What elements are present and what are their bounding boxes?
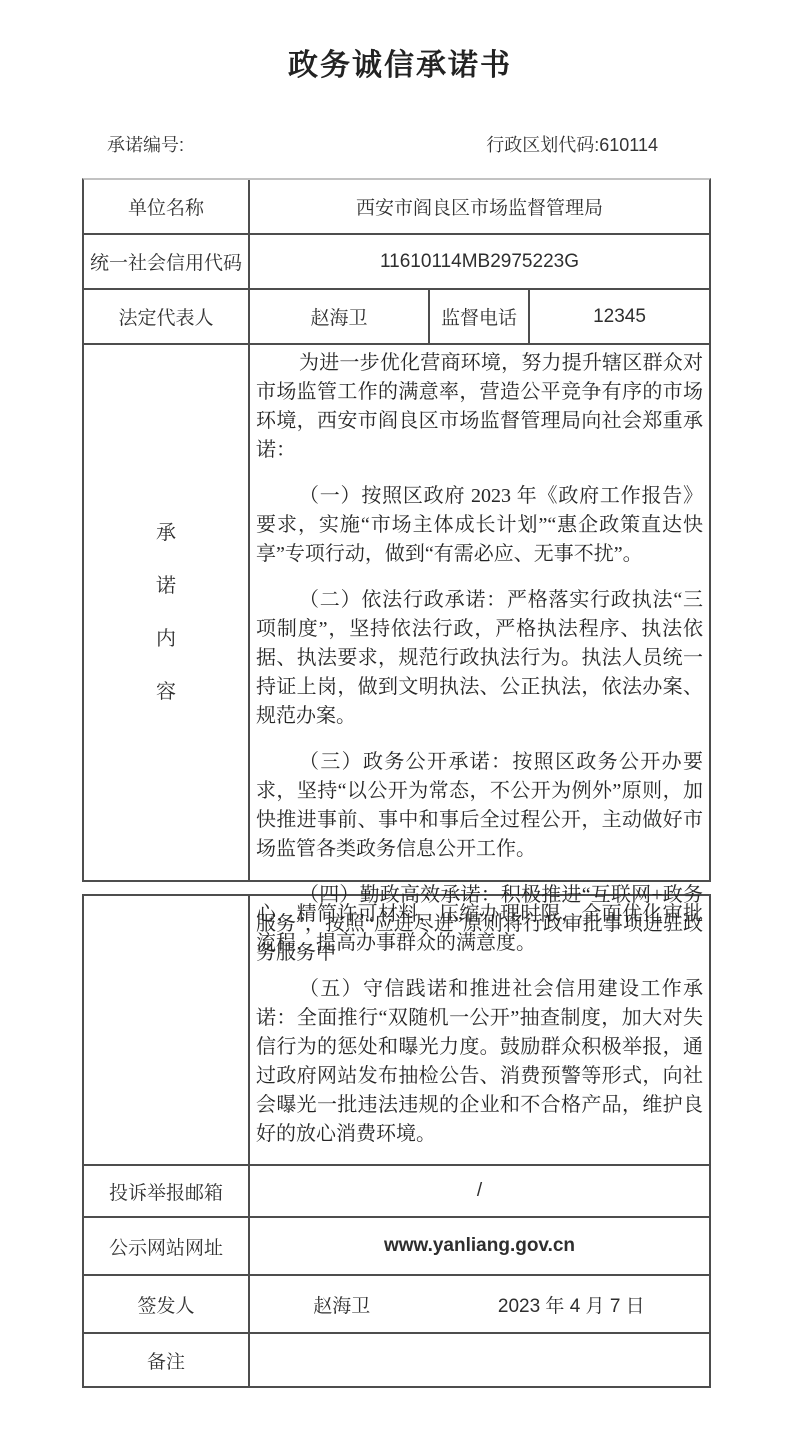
content-paragraph: 为进一步优化营商环境，努力提升辖区群众对市场监管工作的满意率，营造公平竞争有序的… (256, 349, 703, 465)
content-paragraph: 心，精简许可材料，压缩办理时限，全面优化审批流程，提高办事群众的满意度。 (256, 900, 703, 958)
commitment-label-char: 承 (156, 507, 176, 560)
commitment-content-label-empty (84, 896, 250, 1164)
meta-row: 承诺编号: 行政区划代码:610114 (82, 131, 711, 157)
district-code: 行政区划代码:610114 (486, 131, 658, 157)
remarks-label: 备注 (84, 1334, 250, 1386)
unit-name-value: 西安市阎良区市场监督管理局 (250, 180, 709, 233)
supervision-phone-label: 监督电话 (430, 290, 530, 343)
commitment-content-text: 为进一步优化营商环境，努力提升辖区群众对市场监管工作的满意率，营造公平竞争有序的… (250, 345, 709, 880)
unit-name-row: 单位名称 西安市阎良区市场监督管理局 (84, 180, 709, 235)
legal-rep-label: 法定代表人 (84, 290, 250, 343)
commitment-content-label: 承 诺 内 容 (84, 345, 250, 880)
unit-name-label: 单位名称 (84, 180, 250, 233)
commitment-label-char: 诺 (156, 560, 176, 613)
website-value: www.yanliang.gov.cn (250, 1218, 709, 1274)
complaint-email-label: 投诉举报邮箱 (84, 1166, 250, 1216)
commitment-content-row: 承 诺 内 容 为进一步优化营商环境，努力提升辖区群众对市场监管工作的满意率，营… (84, 345, 709, 880)
issuer-label: 签发人 (84, 1276, 250, 1332)
document-page: 政务诚信承诺书 承诺编号: 行政区划代码:610114 单位名称 西安市阎良区市… (0, 0, 800, 1451)
commitment-table-part1: 单位名称 西安市阎良区市场监督管理局 统一社会信用代码 11610114MB29… (82, 178, 711, 882)
credit-code-label: 统一社会信用代码 (84, 235, 250, 288)
promise-number-label: 承诺编号: (107, 131, 184, 157)
commitment-label-char: 内 (156, 613, 176, 666)
credit-code-row: 统一社会信用代码 11610114MB2975223G (84, 235, 709, 290)
document-title: 政务诚信承诺书 (0, 0, 800, 86)
remarks-value (250, 1334, 709, 1386)
complaint-email-row: 投诉举报邮箱 / (84, 1166, 709, 1218)
supervision-phone-value: 12345 (530, 290, 709, 343)
commitment-table-part2: 心，精简许可材料，压缩办理时限，全面优化审批流程，提高办事群众的满意度。 （五）… (82, 894, 711, 1388)
commitment-content-cont-row: 心，精简许可材料，压缩办理时限，全面优化审批流程，提高办事群众的满意度。 （五）… (84, 896, 709, 1166)
issuer-row: 签发人 赵海卫 2023 年 4 月 7 日 (84, 1276, 709, 1334)
remarks-row: 备注 (84, 1334, 709, 1386)
issue-date: 2023 年 4 月 7 日 (434, 1291, 709, 1318)
legal-rep-row: 法定代表人 赵海卫 监督电话 12345 (84, 290, 709, 345)
content-paragraph: （五）守信践诺和推进社会信用建设工作承诺：全面推行“双随机一公开”抽查制度，加大… (256, 975, 703, 1149)
commitment-content-continued: 心，精简许可材料，压缩办理时限，全面优化审批流程，提高办事群众的满意度。 （五）… (250, 896, 709, 1164)
legal-rep-name: 赵海卫 (250, 290, 430, 343)
website-row: 公示网站网址 www.yanliang.gov.cn (84, 1218, 709, 1276)
issuer-name: 赵海卫 (250, 1291, 434, 1318)
content-paragraph: （一）按照区政府 2023 年《政府工作报告》要求，实施“市场主体成长计划”“惠… (256, 482, 703, 569)
complaint-email-value: / (250, 1166, 709, 1216)
website-label: 公示网站网址 (84, 1218, 250, 1274)
content-paragraph: （三）政务公开承诺：按照区政务公开办要求，坚持“以公开为常态，不公开为例外”原则… (256, 748, 703, 864)
content-paragraph: （二）依法行政承诺：严格落实行政执法“三项制度”，坚持依法行政，严格执法程序、执… (256, 586, 703, 731)
credit-code-value: 11610114MB2975223G (250, 235, 709, 288)
issuer-value-cell: 赵海卫 2023 年 4 月 7 日 (250, 1276, 709, 1332)
commitment-label-char: 容 (156, 666, 176, 719)
